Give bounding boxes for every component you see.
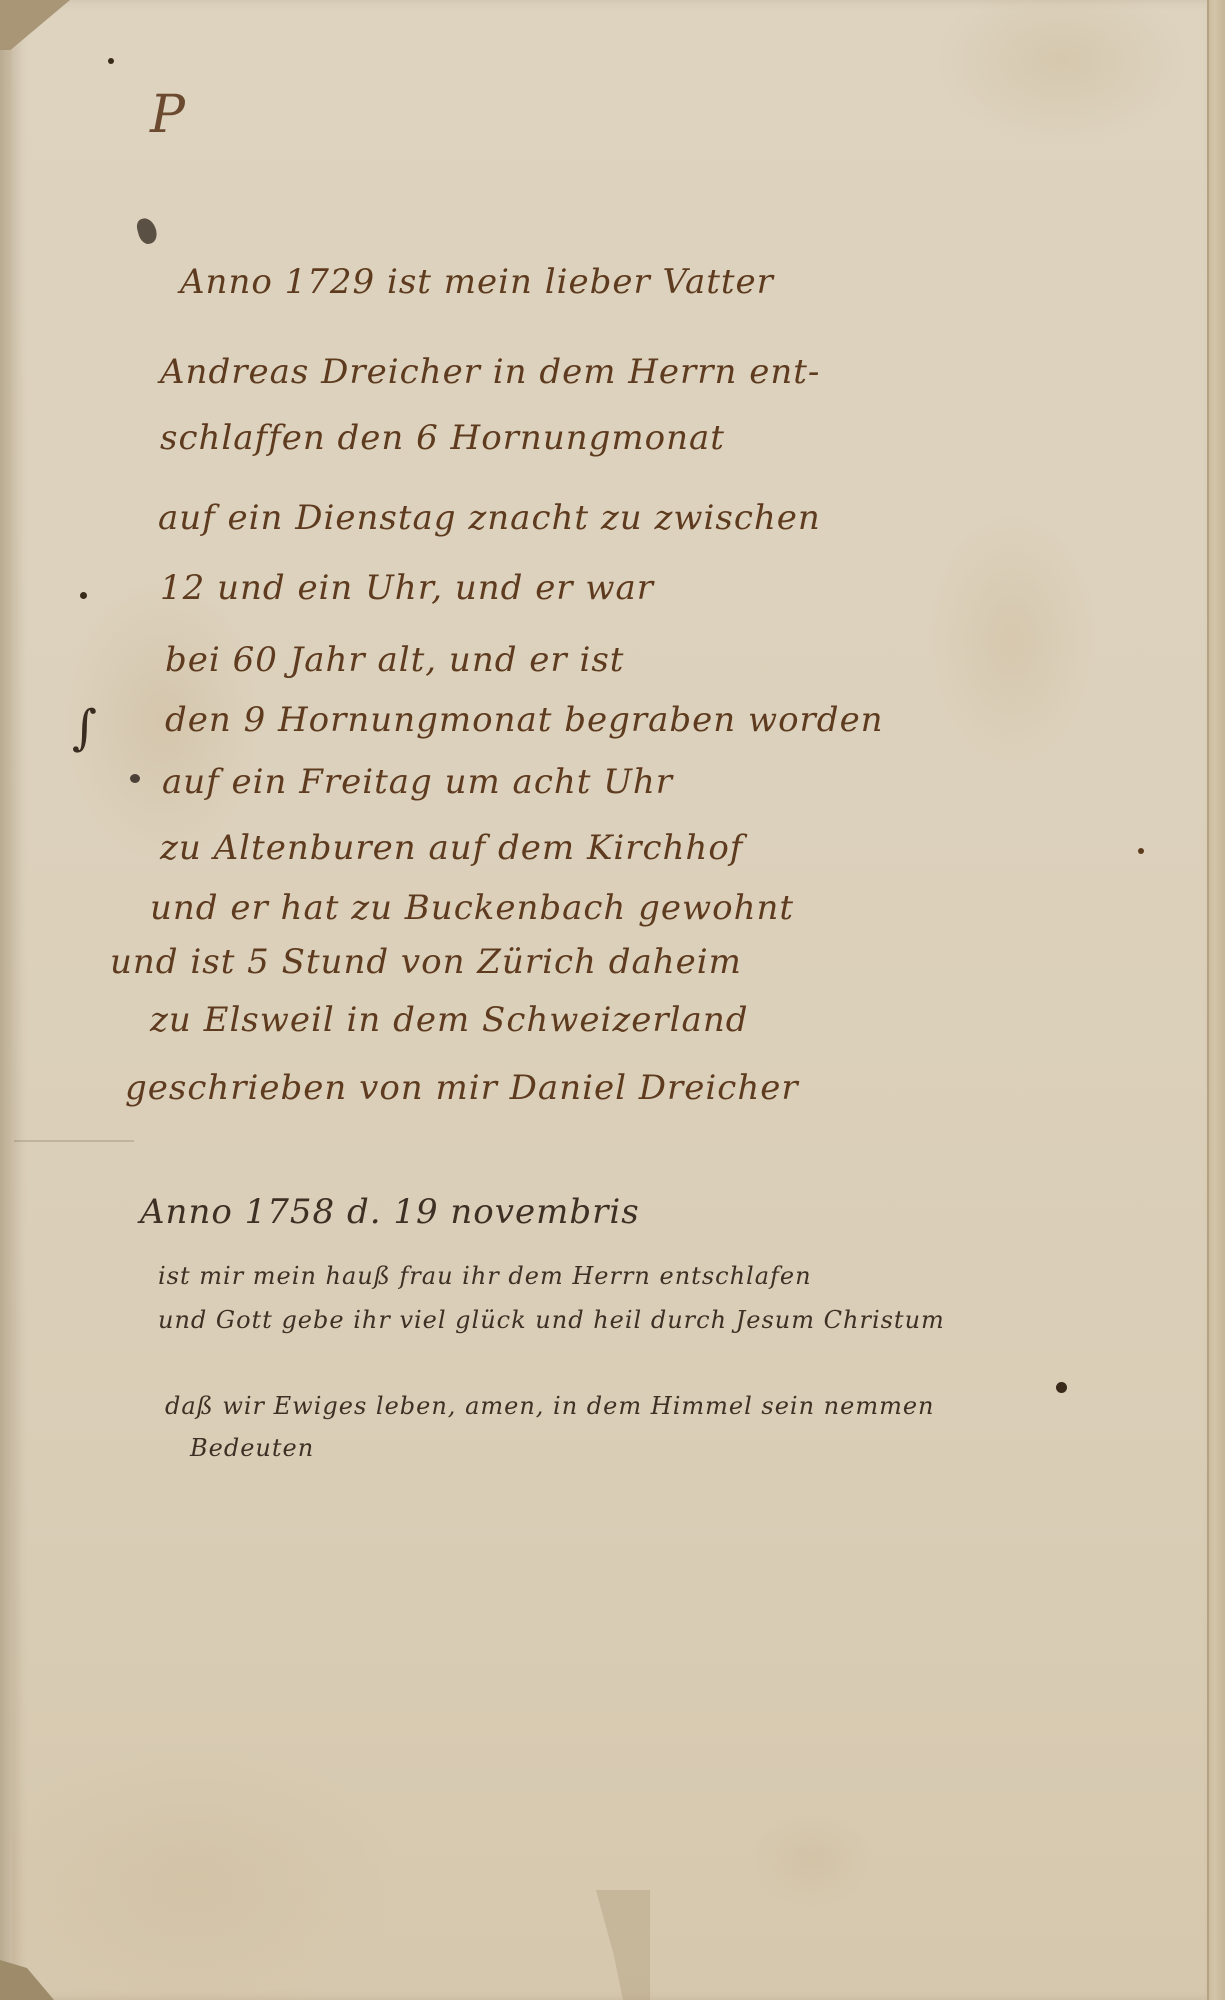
entry1-line-10: und er hat zu Buckenbach gewohnt xyxy=(150,888,794,928)
entry2-line-2: und Gott gebe ihr viel glück und heil du… xyxy=(158,1306,945,1334)
fold-line xyxy=(14,1140,134,1142)
ink-speck xyxy=(130,774,140,783)
entry1-line-4: auf ein Dienstag znacht zu zwischen xyxy=(158,498,821,538)
entry1-line-6: bei 60 Jahr alt, und er ist xyxy=(165,640,624,680)
ink-speck xyxy=(108,58,114,64)
entry1-line-13-signature: geschrieben von mir Daniel Dreicher xyxy=(125,1068,799,1108)
entry1-line-9: zu Altenburen auf dem Kirchhof xyxy=(160,828,743,868)
entry2-line-3: daß wir Ewiges leben, amen, in dem Himme… xyxy=(165,1392,935,1420)
entry1-line-1: Anno 1729 ist mein lieber Vatter xyxy=(180,262,774,302)
ink-speck xyxy=(80,592,87,599)
entry1-line-3: schlaffen den 6 Hornungmonat xyxy=(160,418,725,458)
entry1-line-2: Andreas Dreicher in dem Herrn ent- xyxy=(160,352,820,392)
entry1-line-12: zu Elsweil in dem Schweizerland xyxy=(150,1000,748,1040)
margin-mark: ∫ xyxy=(72,700,97,756)
entry1-line-7: den 9 Hornungmonat begraben worden xyxy=(165,700,884,740)
entry1-line-11: und ist 5 Stund von Zürich daheim xyxy=(110,942,742,982)
entry1-line-5: 12 und ein Uhr, und er war xyxy=(160,568,654,608)
manuscript-scan: P ∫ Anno 1729 ist mein lieber Vatter And… xyxy=(0,0,1225,2000)
entry2-heading: Anno 1758 d. 19 novembris xyxy=(140,1192,640,1232)
entry2-line-4: Bedeuten xyxy=(190,1434,314,1462)
ink-speck xyxy=(1056,1382,1067,1393)
entry2-line-1: ist mir mein hauß frau ihr dem Herrn ent… xyxy=(158,1262,812,1290)
page-mark: P xyxy=(150,85,185,145)
entry1-line-8: auf ein Freitag um acht Uhr xyxy=(162,762,673,802)
ink-speck xyxy=(1138,848,1144,854)
